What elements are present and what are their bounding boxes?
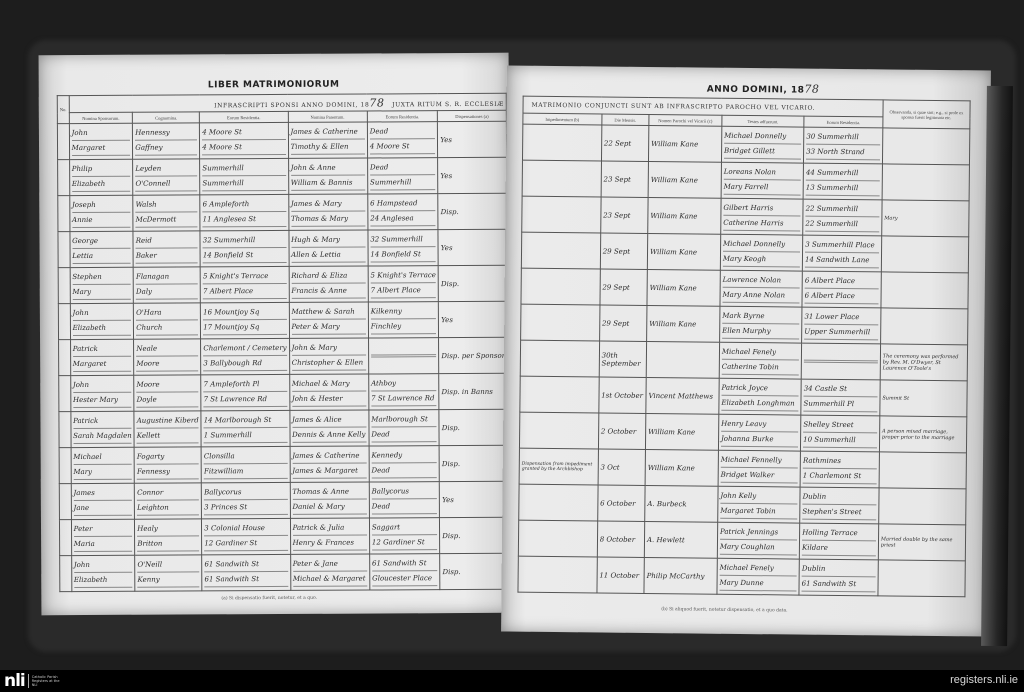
handwritten-line: Gaffney	[135, 141, 197, 155]
handwritten-line: Richard & Eliza	[291, 270, 365, 284]
table-row: JohnElizabethO'NeillKenny61 Sandwith St6…	[60, 553, 509, 591]
marriage-date: 29 Sept	[600, 269, 648, 305]
logo-caption: Catholic Parish Registers at the NLI	[32, 675, 62, 687]
entry-number	[59, 376, 71, 412]
dispensation: Disp.	[438, 265, 507, 301]
impediment	[519, 484, 598, 521]
parents-residence: 32 Summerhill14 Bonfield St	[368, 230, 439, 266]
marriage-date: 3 Oct	[598, 449, 646, 485]
table-row: 23 SeptWilliam KaneLoreans NolanMary Far…	[522, 160, 969, 201]
table-row: 29 SeptWilliam KaneLawrence NolanMary An…	[521, 268, 968, 309]
residence: 61 Sandwith St61 Sandwith St	[202, 554, 290, 590]
sponsor-names: JohnHester Mary	[70, 375, 134, 411]
witness-residence: 30 Summerhill33 North Strand	[804, 127, 883, 164]
residence: 7 Ampleforth Pl7 St Lawrence Rd	[201, 374, 289, 410]
handwritten-line: Elizabeth Longhman	[721, 397, 798, 412]
marriage-date: 6 October	[597, 485, 645, 521]
handwritten-line: Margaret	[73, 358, 132, 372]
handwritten-line: 1 Summerhill	[204, 429, 287, 443]
observations	[879, 452, 967, 489]
table-row: 1st OctoberVincent MatthewsPatrick Joyce…	[520, 376, 967, 417]
handwritten-line: Michael Fenely	[722, 346, 799, 361]
handwritten-line: Bridget Gillett	[724, 145, 801, 160]
witnesses: Lawrence NolanMary Anne Nolan	[720, 270, 803, 307]
handwritten-line: Gloucester Place	[372, 572, 437, 586]
year-handwritten: 78	[804, 83, 819, 96]
handwritten-line: 12 Gardiner St	[372, 536, 437, 550]
observations	[878, 560, 966, 597]
parents: James & CatherineTimothy & Ellen	[288, 122, 367, 158]
handwritten-line: 33 North Strand	[806, 146, 880, 161]
handwritten-line: Mary Anne Nolan	[722, 289, 799, 304]
witnesses: Henry LeavyJohanna Burke	[718, 414, 801, 451]
handwritten-line: Hennessy	[135, 126, 197, 140]
priest-name: William Kane	[647, 269, 720, 306]
witnesses: Michael DonnellyBridget Gillett	[721, 126, 804, 163]
entry-number	[59, 448, 71, 484]
dispensation: Disp.	[438, 193, 507, 229]
handwritten-line: Leighton	[137, 501, 199, 515]
handwritten-line: Michael Fennelly	[721, 454, 798, 469]
impediment	[520, 376, 599, 413]
register-year-title: ANNO DOMINI, 1878	[707, 82, 820, 96]
surnames: O'HaraChurch	[134, 303, 201, 339]
surnames: ReidBaker	[133, 231, 200, 267]
handwritten-line: Michael & Mary	[292, 378, 366, 392]
handwritten-line: 32 Summerhill	[203, 234, 286, 248]
residence: 4 Moore St4 Moore St	[200, 122, 288, 158]
priest-name: Philip McCarthy	[644, 557, 717, 594]
parents: Thomas & AnneDaniel & Mary	[290, 482, 369, 518]
parents: Hugh & MaryAllen & Lettia	[289, 230, 368, 266]
handwritten-line: O'Connell	[135, 177, 197, 191]
handwritten-line: Moore	[136, 378, 198, 392]
parents-residence: 5 Knight's Terrace7 Albert Place	[368, 266, 439, 302]
dispensation: Disp. in Banns	[439, 373, 508, 409]
entry-number	[58, 304, 70, 340]
impediment	[521, 232, 600, 269]
handwritten-line: Matthew & Sarah	[291, 306, 365, 320]
handwritten-line: Michael Donnelly	[724, 130, 801, 145]
col-number: No.	[57, 96, 69, 124]
handwritten-line: 7 Albert Place	[371, 284, 436, 298]
handwritten-line: 5 Knight's Terrace	[203, 270, 286, 284]
handwritten-line: Thomas & Mary	[291, 213, 365, 227]
impediment	[522, 196, 601, 233]
handwritten-line: 32 Summerhill	[370, 233, 435, 247]
handwritten-line: Reid	[136, 234, 198, 248]
residence: SummerhillSummerhill	[200, 158, 288, 194]
register-title: LIBER MATRIMONIORUM	[39, 79, 509, 91]
table-row: 23 SeptWilliam KaneGilbert HarrisCatheri…	[522, 196, 969, 237]
table-row: 30th SeptemberMichael FenelyCatherine To…	[520, 340, 967, 381]
handwritten-line: Augustine Kiberd	[137, 414, 199, 428]
handwritten-line: 7 St Lawrence Rd	[371, 392, 436, 406]
witnesses: Michael FennellyBridget Walker	[718, 450, 801, 487]
sponsor-names: MichaelMary	[71, 447, 135, 483]
handwritten-line: 22 Summerhill	[806, 203, 880, 218]
sponsor-names: StephenMary	[70, 267, 134, 303]
priest-name	[646, 341, 719, 378]
handwritten-line: John	[72, 307, 131, 321]
entry-number	[59, 340, 71, 376]
handwritten-line: 6 Hampstead	[370, 197, 435, 211]
handwritten-line: Timothy & Ellen	[291, 141, 365, 155]
handwritten-line: Elizabeth	[74, 574, 133, 588]
parents: Peter & JaneMichael & Margaret	[290, 554, 369, 590]
dispensation: Disp.	[439, 409, 508, 445]
priest-name: A. Burbeck	[645, 485, 718, 522]
handwritten-line: Kenny	[138, 573, 200, 587]
table-row: 6 OctoberA. BurbeckJohn KellyMargaret To…	[519, 484, 966, 525]
table-row: 29 SeptWilliam KaneMark ByrneEllen Murph…	[521, 304, 968, 345]
handwritten-line: 7 St Lawrence Rd	[204, 393, 287, 407]
handwritten-line: Ballycorus	[372, 485, 437, 499]
handwritten-line: Summerhill	[370, 176, 435, 190]
handwritten-line: James & Catherine	[290, 126, 364, 140]
col-parents: Nomina Parentum.	[288, 111, 367, 122]
handwritten-line: Jane	[74, 502, 133, 516]
dispensation: Disp.	[440, 553, 509, 589]
handwritten-line: Doyle	[137, 393, 199, 407]
handwritten-line: John Kelly	[720, 490, 797, 505]
sponsor-names: PeterMaria	[71, 519, 135, 555]
handwritten-line: 61 Sandwith St	[204, 558, 287, 572]
witness-residence: Rathmines1 Charlemont St	[800, 451, 879, 488]
handwritten-line: Maria	[74, 538, 133, 552]
dispensation: Yes	[438, 157, 507, 193]
witnesses: Loreans NolanMary Farrell	[721, 162, 804, 199]
parents-residence: Marlborough StDead	[369, 410, 440, 446]
parents-residence: 61 Sandwith StGloucester Place	[369, 554, 440, 590]
residence: 14 Marlborough St1 Summerhill	[201, 410, 289, 446]
witness-residence: 6 Albert Place6 Albert Place	[802, 271, 881, 308]
handwritten-line: Ellen Murphy	[722, 325, 799, 340]
handwritten-line: 61 Sandwith St	[205, 573, 288, 587]
table-row: JohnHester MaryMooreDoyle7 Ampleforth Pl…	[59, 373, 508, 411]
footnote: (b) Si aliquod fuerit, notetur dispensat…	[661, 607, 787, 613]
surnames: FlanaganDaly	[133, 267, 200, 303]
table-row: 29 SeptWilliam KaneMichael DonnellyMary …	[521, 232, 968, 273]
surnames: NealeMoore	[134, 339, 201, 375]
dispensation: Yes	[440, 481, 509, 517]
handwritten-line: Neale	[136, 342, 198, 356]
witness-residence: Dublin61 Sandwith St	[799, 559, 878, 596]
dispensation: Yes	[438, 121, 507, 157]
handwritten-line: Henry Leavy	[721, 418, 798, 433]
handwritten-line: Dead	[371, 428, 436, 442]
witness-residence	[801, 343, 880, 380]
handwritten-line: Elizabeth	[73, 322, 132, 336]
handwritten-line: Hugh & Mary	[291, 234, 365, 248]
priest-name: William Kane	[645, 449, 718, 486]
handwritten-line: Michael Fenely	[720, 562, 797, 577]
handwritten-line: Loreans Nolan	[724, 166, 801, 181]
impediment	[522, 160, 601, 197]
handwritten-line: Holling Terrace	[802, 527, 876, 542]
handwritten-line: James & Mary	[291, 198, 365, 212]
handwritten-line: 3 Colonial House	[204, 522, 287, 536]
sponsor-names: PatrickMargaret	[70, 339, 134, 375]
handwritten-line: Flanagan	[136, 270, 198, 284]
entry-number	[58, 196, 70, 232]
impediment	[520, 340, 599, 377]
residence: Ballycorus3 Princes St	[202, 482, 290, 518]
handwritten-line: Upper Summerhill	[804, 326, 878, 341]
handwritten-line: Summerhill	[202, 162, 285, 176]
observations: A person mixed marriage, proper prior to…	[879, 416, 967, 453]
handwritten-line: John	[72, 127, 131, 141]
handwritten-line: 13 Summerhill	[806, 182, 880, 197]
handwritten-line: 61 Sandwith St	[802, 578, 876, 593]
handwritten-line: 7 Albert Place	[203, 285, 286, 299]
dispensation: Yes	[439, 301, 508, 337]
priest-name: Vincent Matthews	[646, 377, 719, 414]
year-handwritten: 78	[369, 96, 384, 109]
surnames: HealyBritton	[135, 519, 202, 555]
handwritten-line: Kellett	[137, 429, 199, 443]
handwritten-line: Dead	[370, 125, 435, 139]
site-link[interactable]: registers.nli.ie	[950, 674, 1018, 686]
handwritten-line: Dublin	[802, 563, 876, 578]
handwritten-line: Fogarty	[137, 450, 199, 464]
handwritten-line: Allen & Lettia	[291, 249, 365, 263]
observations: The ceremony was performed by Rev. M. O'…	[880, 344, 968, 381]
handwritten-line: Peter & Mary	[291, 321, 365, 335]
handwritten-line: John & Hester	[292, 393, 366, 407]
table-row: StephenMaryFlanaganDaly5 Knight's Terrac…	[58, 265, 507, 303]
handwritten-line: 5 Knight's Terrace	[370, 269, 435, 283]
witness-residence: 44 Summerhill13 Summerhill	[803, 163, 882, 200]
handwritten-line: 44 Summerhill	[806, 167, 880, 182]
table-row: 8 OctoberA. HewlettPatrick JenningsMary …	[518, 520, 965, 561]
right-register-page: ANNO DOMINI, 1878 MATRIMONIO CONJUNCTI S…	[501, 65, 991, 636]
handwritten-line: 6 Ampleforth	[203, 198, 286, 212]
handwritten-line: 16 Mountjoy Sq	[203, 306, 286, 320]
priest-name: William Kane	[648, 197, 721, 234]
sponsor-names: JohnMargaret	[69, 123, 133, 159]
handwritten-line: Margaret	[72, 142, 131, 156]
handwritten-line: 6 Albert Place	[805, 275, 879, 290]
parents-residence: Dead4 Moore St	[367, 122, 438, 158]
handwritten-line	[371, 356, 436, 357]
handwritten-line: 14 Marlborough St	[204, 414, 287, 428]
handwritten-line: Joseph	[72, 199, 131, 213]
table-row: MichaelMaryFogartyFennessyClonsillaFitzw…	[59, 445, 508, 483]
entry-number	[58, 268, 70, 304]
marriage-date: 23 Sept	[600, 197, 648, 233]
handwritten-line: Peter & Jane	[293, 558, 367, 572]
handwritten-line: Kildare	[802, 542, 876, 557]
handwritten-line: 4 Moore St	[202, 141, 285, 155]
handwritten-line: Michael	[73, 451, 132, 465]
witnesses: Michael FenelyCatherine Tobin	[719, 342, 802, 379]
handwritten-line: James & Margaret	[292, 465, 366, 479]
table-row: PeterMariaHealyBritton3 Colonial House12…	[59, 517, 508, 555]
marriage-date: 8 October	[597, 521, 645, 557]
dispensation: Disp. per Sponsor	[439, 337, 508, 373]
handwritten-line: James	[73, 487, 132, 501]
col-parents-residence: Eorum Residentia.	[367, 111, 437, 122]
handwritten-line: 7 Ampleforth Pl	[203, 378, 286, 392]
witnesses: Patrick JenningsMary Coughlan	[717, 522, 800, 559]
handwritten-line: Lawrence Nolan	[723, 274, 800, 289]
marriage-date: 1st October	[599, 377, 647, 413]
handwritten-line: Catherine Harris	[723, 217, 800, 232]
handwritten-line: 1 Charlemont St	[803, 470, 877, 485]
handwritten-line: James & Catherine	[292, 450, 366, 464]
parents: John & MaryChristopher & Ellen	[289, 338, 368, 374]
footnote: (a) Si dispensatio fuerit, notetur, et a…	[221, 596, 317, 602]
handwritten-line: 4 Moore St	[202, 126, 285, 140]
table-row: 2 OctoberWilliam KaneHenry LeavyJohanna …	[519, 412, 966, 453]
parents: John & AnneWilliam & Bannis	[288, 158, 367, 194]
handwritten-line: John	[73, 379, 132, 393]
witnesses: Mark ByrneEllen Murphy	[719, 306, 802, 343]
handwritten-line: 6 Albert Place	[805, 290, 879, 305]
sponsor-names: GeorgeLettia	[70, 231, 134, 267]
handwritten-line: James & Alice	[292, 414, 366, 428]
handwritten-line: George	[72, 235, 131, 249]
handwritten-line: Patrick	[73, 415, 132, 429]
handwritten-line: Marlborough St	[371, 413, 436, 427]
nli-logo[interactable]: nli Catholic Parish Registers at the NLI	[4, 673, 62, 689]
handwritten-line: Elizabeth	[72, 178, 131, 192]
handwritten-line: Fitzwilliam	[204, 465, 287, 479]
residence: 6 Ampleforth11 Anglesea St	[200, 194, 288, 230]
handwritten-line: Leyden	[135, 162, 197, 176]
handwritten-line: William & Bannis	[291, 177, 365, 191]
handwritten-line: Patrick & Julia	[293, 522, 367, 536]
observations	[881, 272, 969, 309]
col-impediment: Impedimentum (b)	[523, 113, 602, 125]
marriage-date: 29 Sept	[600, 233, 648, 269]
handwritten-line: Bridget Walker	[721, 469, 798, 484]
witness-residence: 3 Summerhill Place14 Sandwith Lane	[802, 235, 881, 272]
witnesses: Michael DonnellyMary Keogh	[720, 234, 803, 271]
handwritten-line: Rathmines	[803, 455, 877, 470]
logo-divider	[28, 674, 29, 688]
handwritten-line: 3 Ballybough Rd	[203, 357, 286, 371]
handwritten-line: Finchley	[371, 320, 436, 334]
col-sponsor-names: Nomina Sponsorum.	[69, 112, 133, 123]
surnames: WalshMcDermott	[133, 195, 200, 231]
entry-number	[59, 484, 71, 520]
parents: Patrick & JuliaHenry & Frances	[290, 518, 369, 554]
surnames: O'NeillKenny	[135, 555, 202, 591]
residence: Charlemont / Cemetery3 Ballybough Rd	[201, 338, 289, 374]
witness-residence: 34 Castle StSummerhill Pl	[801, 379, 880, 416]
handwritten-line: 10 Summerhill	[803, 434, 877, 449]
image-viewer[interactable]: LIBER MATRIMONIORUM No. INFRASCRIPTI SPO…	[0, 0, 1024, 670]
witness-residence: 22 Summerhill22 Summerhill	[803, 199, 882, 236]
handwritten-line: O'Hara	[136, 306, 198, 320]
handwritten-line: Stephen's Street	[802, 506, 876, 521]
handwritten-line: Shelley Street	[803, 419, 877, 434]
observations	[882, 128, 970, 165]
parents-residence: Athboy7 St Lawrence Rd	[369, 374, 440, 410]
handwritten-line: McDermott	[136, 213, 198, 227]
table-row: PatrickSarah MagdalenAugustine KiberdKel…	[59, 409, 508, 447]
handwritten-line: 14 Sandwith Lane	[805, 254, 879, 269]
handwritten-line: Patrick Jennings	[720, 526, 797, 541]
handwritten-line: Dennis & Anne Kelly	[292, 429, 366, 443]
priest-name: A. Hewlett	[644, 521, 717, 558]
marriage-date: 2 October	[598, 413, 646, 449]
entry-number	[59, 412, 71, 448]
parents-residence: DeadSummerhill	[367, 158, 438, 194]
priest-name: William Kane	[647, 305, 720, 342]
handwritten-line: Ballycorus	[204, 486, 287, 500]
priest-name: William Kane	[648, 161, 721, 198]
handwritten-line: Dead	[372, 500, 437, 514]
table-row: PatrickMargaretNealeMooreCharlemont / Ce…	[59, 337, 508, 375]
table-row: GeorgeLettiaReidBaker32 Summerhill14 Bon…	[58, 229, 507, 267]
witnesses: Michael FenelyMary Dunne	[717, 558, 800, 595]
parents-residence: KilkennyFinchley	[368, 302, 439, 338]
marriage-date: 29 Sept	[599, 305, 647, 341]
handwritten-line: Catherine Tobin	[722, 361, 799, 376]
col-residence: Eorum Residentia.	[200, 111, 288, 122]
table-row: JohnMargaretHennessyGaffney4 Moore St4 M…	[57, 121, 506, 159]
observations	[879, 488, 967, 525]
handwritten-line: Johanna Burke	[721, 433, 798, 448]
handwritten-line: Henry & Frances	[293, 537, 367, 551]
dispensation: Disp.	[439, 445, 508, 481]
handwritten-line: Patrick	[73, 343, 132, 357]
observations: Mary	[882, 200, 970, 237]
surnames: LeydenO'Connell	[133, 159, 200, 195]
handwritten-line: Mary Coughlan	[720, 541, 797, 556]
witnesses: John KellyMargaret Tobin	[718, 486, 801, 523]
handwritten-line: Dublin	[803, 491, 877, 506]
table-row: JosephAnnieWalshMcDermott6 Ampleforth11 …	[58, 193, 507, 231]
handwritten-line: O'Neill	[137, 558, 199, 572]
handwritten-line: Summerhill	[202, 177, 285, 191]
handwritten-line: Philip	[72, 163, 131, 177]
witness-residence: DublinStephen's Street	[800, 487, 879, 524]
handwritten-line: 17 Mountjoy Sq	[203, 321, 286, 335]
handwritten-line: Michael & Margaret	[293, 573, 367, 587]
col-dispensations: Dispensationes (a)	[438, 110, 507, 121]
sponsor-names: JamesJane	[71, 483, 135, 519]
handwritten-line: Mary Keogh	[723, 253, 800, 268]
impediment	[522, 124, 601, 161]
col-witnesses: Testes adfuerunt.	[722, 115, 804, 127]
table-row: Dispensation from impediment granted by …	[519, 448, 966, 489]
entry-number	[58, 160, 70, 196]
left-register-page: LIBER MATRIMONIORUM No. INFRASCRIPTI SPO…	[39, 53, 512, 615]
handwritten-line: Peter	[74, 523, 133, 537]
priest-name: William Kane	[647, 233, 720, 270]
sponsor-names: JosephAnnie	[69, 195, 133, 231]
handwritten-line: John & Anne	[291, 162, 365, 176]
impediment	[518, 556, 597, 593]
nli-logo-mark: nli	[4, 673, 25, 689]
handwritten-line: Dead	[372, 464, 437, 478]
handwritten-line: Charlemont / Cemetery	[203, 342, 286, 356]
handwritten-line: Kilkenny	[371, 305, 436, 319]
parents: Matthew & SarahPeter & Mary	[289, 302, 368, 338]
dispensation: Disp.	[440, 517, 509, 553]
dispensation: Yes	[438, 229, 507, 265]
surnames: HennessyGaffney	[133, 123, 200, 159]
witness-residence: Shelley Street10 Summerhill	[801, 415, 880, 452]
entry-number	[59, 520, 71, 556]
surnames: MooreDoyle	[134, 375, 201, 411]
surnames: Augustine KiberdKellett	[134, 411, 201, 447]
table-row: PhilipElizabethLeydenO'ConnellSummerhill…	[58, 157, 507, 195]
